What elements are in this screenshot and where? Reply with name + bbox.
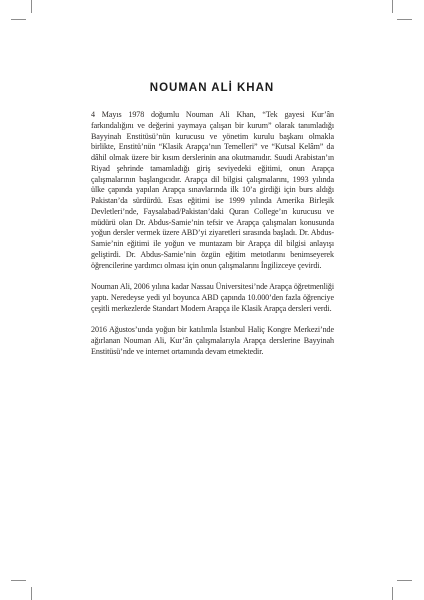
- crop-mark-top-right-vertical: [392, 0, 393, 13]
- crop-mark-top-left-vertical: [31, 0, 32, 13]
- crop-mark-bottom-left-vertical: [31, 587, 32, 600]
- page-title: NOUMAN ALİ KHAN: [31, 81, 393, 95]
- crop-mark-top-left-horizontal: [11, 19, 26, 20]
- crop-mark-bottom-left-horizontal: [11, 580, 26, 581]
- bio-paragraph-2: Nouman Ali, 2006 yılına kadar Nassau Üni…: [91, 282, 334, 314]
- biography-text-block: 4 Mayıs 1978 doğumlu Nouman Ali Khan, “T…: [91, 110, 334, 357]
- crop-mark-bottom-right-vertical: [392, 587, 393, 600]
- bio-paragraph-3: 2016 Ağustos’unda yoğun bir katılımla İs…: [91, 325, 334, 357]
- book-page: NOUMAN ALİ KHAN 4 Mayıs 1978 doğumlu Nou…: [0, 0, 424, 600]
- crop-mark-bottom-right-horizontal: [397, 580, 412, 581]
- bio-paragraph-1: 4 Mayıs 1978 doğumlu Nouman Ali Khan, “T…: [91, 110, 334, 271]
- crop-mark-top-right-horizontal: [397, 19, 412, 20]
